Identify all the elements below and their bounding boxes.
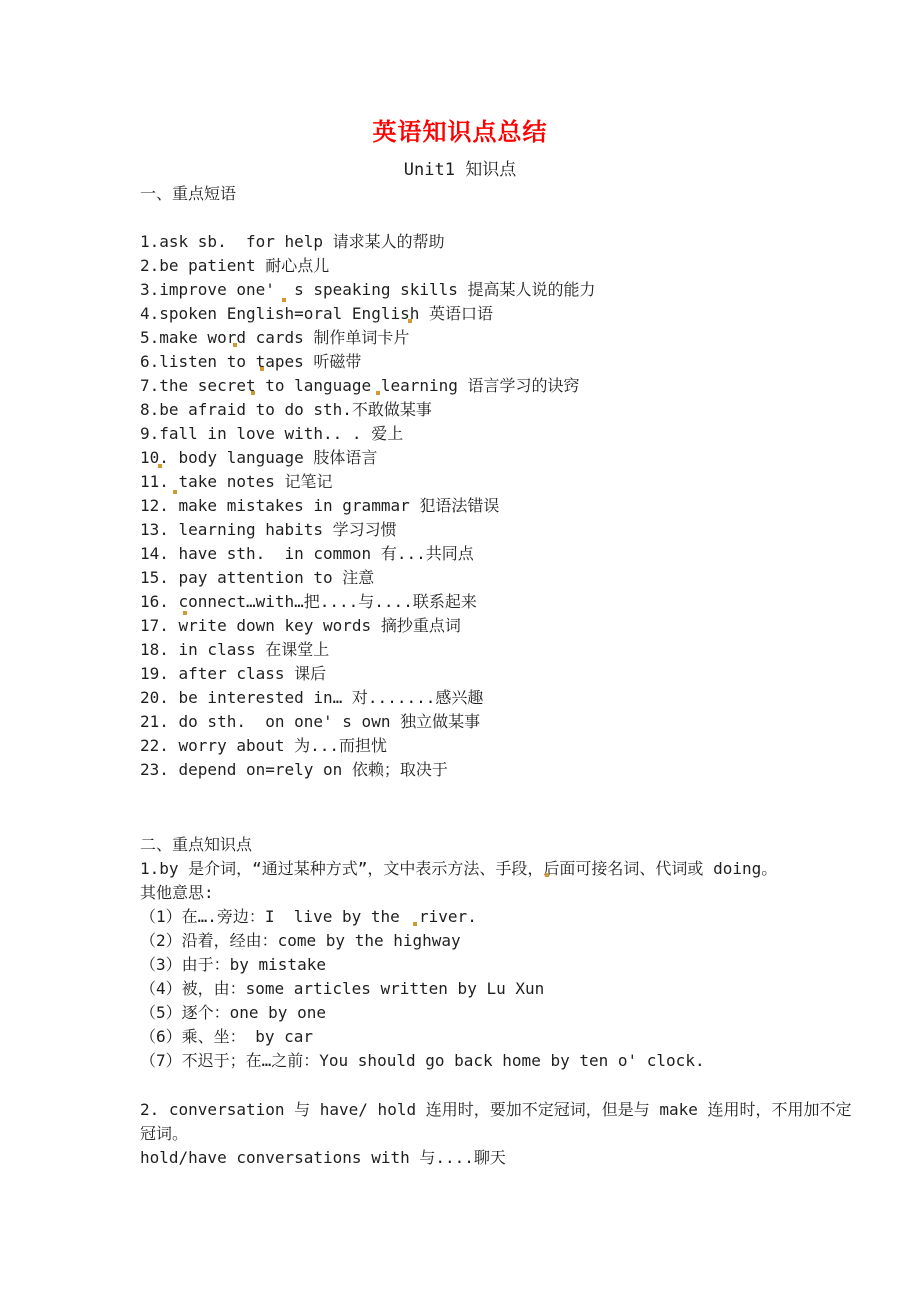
phrase-item: 21. do sth. on one' s own 独立做某事: [140, 710, 800, 734]
by-meaning-item: （2）沿着，经由：come by the highway: [140, 929, 800, 953]
document-title: 英语知识点总结: [120, 116, 800, 148]
phrase-item: 23. depend on=rely on 依赖；取决于: [140, 758, 800, 782]
phrase-item: 7.the secret to language learning 语言学习的诀…: [140, 374, 800, 398]
phrase-item: 22. worry about 为...而担忧: [140, 734, 800, 758]
phrase-item: 3.improve one' s speaking skills 提高某人说的能…: [140, 278, 800, 302]
conversation-note-line: 2. conversation 与 have/ hold 连用时，要加不定冠词，…: [140, 1098, 800, 1122]
section2-heading: 二、重点知识点: [140, 833, 800, 857]
phrase-item: 19. after class 课后: [140, 662, 800, 686]
by-meaning-item: （5）逐个：one by one: [140, 1001, 800, 1025]
artifact-dot: [545, 873, 549, 877]
by-meaning-item: （7）不迟于；在…之前：You should go back home by t…: [140, 1049, 800, 1073]
phrase-item: 2.be patient 耐心点儿: [140, 254, 800, 278]
artifact-dot: [413, 922, 417, 926]
artifact-dot: [233, 343, 237, 347]
artifact-dot: [158, 464, 162, 468]
phrase-item: 16. connect…with…把....与....联系起来: [140, 590, 800, 614]
phrase-item: 9.fall in love with.. . 爱上: [140, 422, 800, 446]
section2: 二、重点知识点 1.by 是介词，“通过某种方式”，文中表示方法、手段，后面可接…: [140, 833, 800, 1170]
phrase-item: 12. make mistakes in grammar 犯语法错误: [140, 494, 800, 518]
by-meaning-item: （1）在….旁边：I live by the river.: [140, 905, 800, 929]
phrase-item: 17. write down key words 摘抄重点词: [140, 614, 800, 638]
by-meaning-item: （3）由于：by mistake: [140, 953, 800, 977]
artifact-dot: [251, 391, 255, 395]
conversation-note-line: 冠词。: [140, 1122, 800, 1146]
conversation-note-line: hold/have conversations with 与....聊天: [140, 1146, 800, 1170]
section1-heading: 一、重点短语: [140, 182, 800, 206]
phrase-item: 18. in class 在课堂上: [140, 638, 800, 662]
artifact-dot: [282, 298, 286, 302]
document-page: 英语知识点总结 Unit1 知识点 一、重点短语 1.ask sb. for h…: [0, 0, 920, 1302]
phrase-item: 13. learning habits 学习习惯: [140, 518, 800, 542]
artifact-dot: [183, 611, 187, 615]
by-intro: 1.by 是介词，“通过某种方式”，文中表示方法、手段，后面可接名词、代词或 d…: [140, 857, 800, 881]
phrase-item: 1.ask sb. for help 请求某人的帮助: [140, 230, 800, 254]
phrase-item: 4.spoken English=oral English 英语口语: [140, 302, 800, 326]
phrase-item: 8.be afraid to do sth.不敢做某事: [140, 398, 800, 422]
phrase-item: 14. have sth. in common 有...共同点: [140, 542, 800, 566]
artifact-dot: [173, 490, 177, 494]
artifact-dot: [376, 391, 380, 395]
artifact-dot: [408, 319, 412, 323]
conversation-note: 2. conversation 与 have/ hold 连用时，要加不定冠词，…: [140, 1098, 800, 1170]
phrase-item: 20. be interested in… 对.......感兴趣: [140, 686, 800, 710]
by-other-meanings-label: 其他意思:: [140, 881, 800, 905]
document-subtitle: Unit1 知识点: [120, 158, 800, 182]
phrase-item: 5.make word cards 制作单词卡片: [140, 326, 800, 350]
phrase-item: 11. take notes 记笔记: [140, 470, 800, 494]
phrase-list: 1.ask sb. for help 请求某人的帮助 2.be patient …: [140, 230, 800, 782]
by-meaning-item: （6）乘、坐： by car: [140, 1025, 800, 1049]
by-meaning-item: （4）被，由：some articles written by Lu Xun: [140, 977, 800, 1001]
phrase-item: 10. body language 肢体语言: [140, 446, 800, 470]
phrase-item: 15. pay attention to 注意: [140, 566, 800, 590]
phrase-item: 6.listen to tapes 听磁带: [140, 350, 800, 374]
artifact-dot: [260, 367, 264, 371]
